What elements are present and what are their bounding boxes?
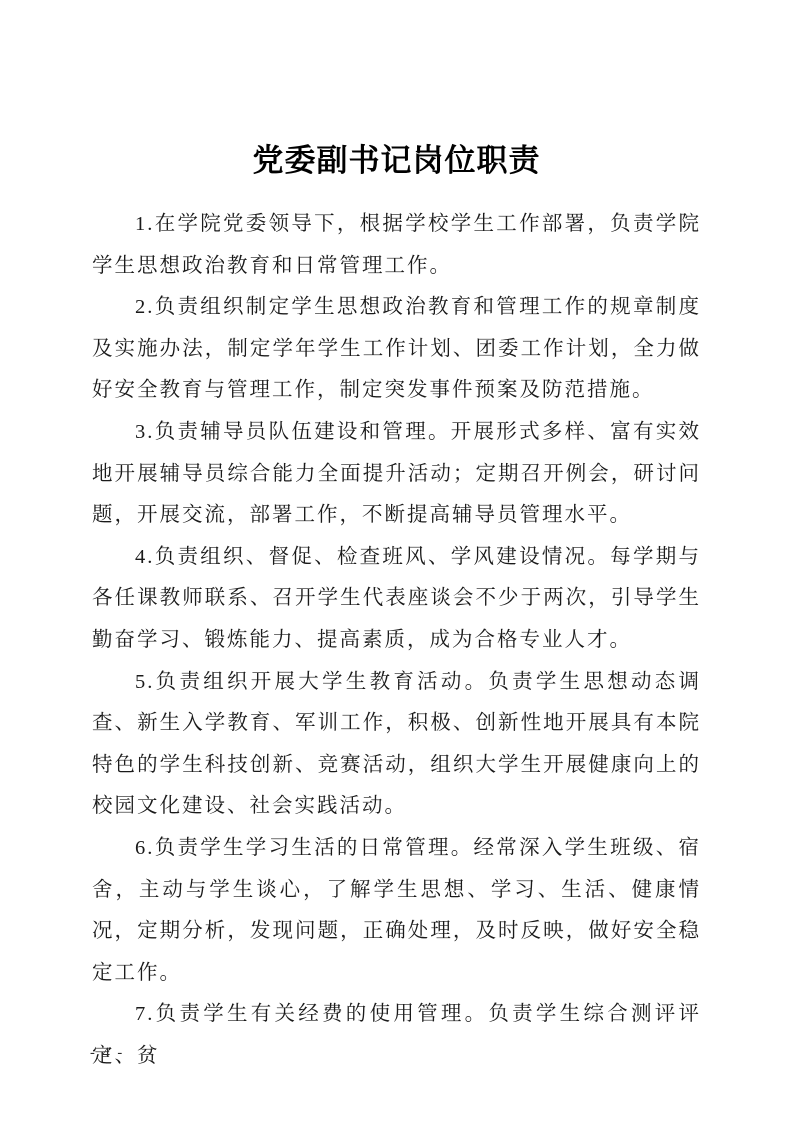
document-paragraph-7: 7.负责学生有关经费的使用管理。负责学生综合测评评定、贫: [92, 994, 701, 1077]
document-paragraph-5: 5.负责组织开展大学生教育活动。负责学生思想动态调查、新生入学教育、军训工作，积…: [92, 662, 701, 828]
document-paragraph-3: 3.负责辅导员队伍建设和管理。开展形式多样、富有实效地开展辅导员综合能力全面提升…: [92, 412, 701, 537]
page-number: - 4 -: [90, 1045, 124, 1062]
document-title: 党委副书记岗位职责: [0, 0, 793, 180]
document-paragraph-4: 4.负责组织、督促、检查班风、学风建设情况。每学期与各任课教师联系、召开学生代表…: [92, 537, 701, 662]
document-paragraph-1: 1.在学院党委领导下，根据学校学生工作部署，负责学院学生思想政治教育和日常管理工…: [92, 204, 701, 287]
document-body: 1.在学院党委领导下，根据学校学生工作部署，负责学院学生思想政治教育和日常管理工…: [92, 204, 701, 1077]
document-page: 党委副书记岗位职责 1.在学院党委领导下，根据学校学生工作部署，负责学院学生思想…: [0, 0, 793, 1122]
document-paragraph-2: 2.负责组织制定学生思想政治教育和管理工作的规章制度及实施办法，制定学年学生工作…: [92, 287, 701, 412]
document-paragraph-6: 6.负责学生学习生活的日常管理。经常深入学生班级、宿舍，主动与学生谈心，了解学生…: [92, 828, 701, 994]
